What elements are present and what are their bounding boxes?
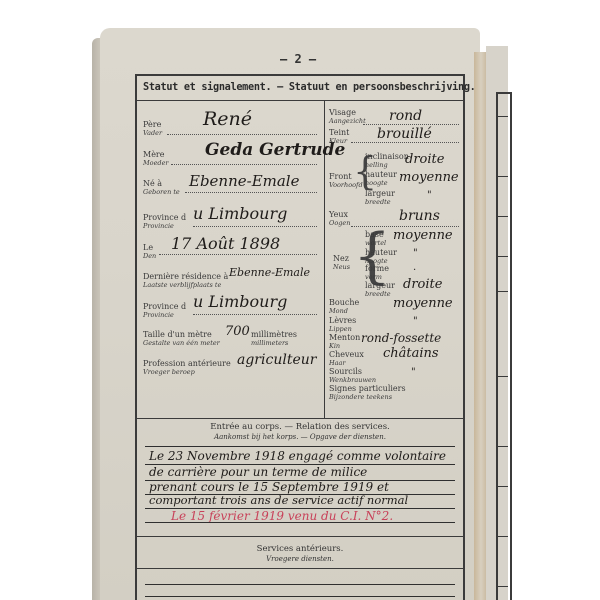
fill-line <box>351 142 459 143</box>
value-residence: Ebenne-Emale <box>229 266 310 279</box>
ruled-line <box>145 584 455 585</box>
value-ne-a: Ebenne-Emale <box>189 172 300 190</box>
value-sourcils: " <box>411 367 416 378</box>
value-pere: René <box>203 108 252 130</box>
value-nez-hauteur: " <box>413 248 418 259</box>
entry-line-3: prenant cours le 15 Septembre 1919 et <box>149 480 389 494</box>
value-levres: " <box>413 316 418 327</box>
field-front-inclinaison: inclinaison helling <box>365 152 409 169</box>
field-visage: Visage Aangezicht <box>329 108 366 125</box>
next-page-rule <box>498 486 508 487</box>
field-le: Le Den <box>143 243 156 260</box>
field-nez-hauteur: hauteur hoogte <box>365 248 397 265</box>
services-title-nl: Vroegere diensten. <box>137 555 463 563</box>
field-sourcils: Sourcils Wenkbrauwen <box>329 367 376 384</box>
section-header: Statut et signalement. — Statuut en pers… <box>137 76 463 101</box>
next-page-rule <box>498 116 508 117</box>
field-nez: Nez Neus <box>333 254 350 271</box>
value-teint: brouillé <box>377 126 432 142</box>
field-levres: Lèvres Lippen <box>329 316 356 333</box>
entry-line-2: de carrière pour un terme de milice <box>149 465 367 479</box>
ruled-line <box>145 596 455 597</box>
value-cheveux: châtains <box>383 346 439 361</box>
field-menton: Menton Kin <box>329 333 360 350</box>
ruled-line <box>145 522 455 523</box>
value-taille: 700 <box>225 324 250 339</box>
next-page-rule <box>498 446 508 447</box>
ruled-line <box>145 446 455 447</box>
field-residence: Dernière résidence à Laatste verblijfpla… <box>143 272 228 289</box>
field-pere: Père Vader <box>143 120 162 137</box>
entry-line-4: comportant trois ans de service actif no… <box>149 493 408 507</box>
services-title-fr: Services antérieurs. <box>137 544 463 554</box>
form-frame: Statut et signalement. — Statuut en pers… <box>135 74 465 600</box>
field-ne-a: Né à Geboren te <box>143 179 180 196</box>
value-mere: Geda Gertrude <box>205 140 345 160</box>
field-nez-forme: forme vorm <box>365 264 389 281</box>
field-front-largeur: largeur breedte <box>365 189 395 206</box>
field-nez-largeur: largeur breedte <box>365 281 395 298</box>
value-nez-largeur: droite <box>403 277 442 292</box>
fill-line <box>363 124 459 125</box>
value-yeux: bruns <box>399 208 440 224</box>
value-menton: rond-fossette <box>361 331 441 345</box>
value-province-2: u Limbourg <box>193 292 287 311</box>
value-visage: rond <box>389 108 422 124</box>
field-nez-base: base wortel <box>365 230 386 247</box>
next-page-rule <box>498 536 508 537</box>
field-profession: Profession antérieure Vroeger beroep <box>143 359 231 376</box>
fill-line <box>159 254 317 255</box>
value-front-largeur: " <box>427 190 432 201</box>
next-page-rule <box>498 176 508 177</box>
field-province-1: Province d Provincie <box>143 213 186 230</box>
next-page-rule <box>498 586 508 587</box>
field-bouche: Bouche Mond <box>329 298 359 315</box>
field-province-2: Province d Provincie <box>143 302 186 319</box>
taille-unit: millimètres millimeters <box>251 330 297 347</box>
value-bouche: moyenne <box>393 296 453 311</box>
section-divider <box>137 568 463 569</box>
value-front-hauteur: moyenne <box>399 170 459 185</box>
value-nez-base: moyenne <box>393 228 453 243</box>
fill-line <box>171 164 317 165</box>
field-mere: Mère Moeder <box>143 150 169 167</box>
field-cheveux: Cheveux Haar <box>329 350 364 367</box>
entree-title-nl: Aankomst bij het korps. — Opgave der die… <box>137 433 463 441</box>
section-divider <box>137 536 463 537</box>
field-teint: Teint Kleur <box>329 128 349 145</box>
fill-line <box>185 192 317 193</box>
next-page-rule <box>498 376 508 377</box>
entry-line-1: Le 23 Novembre 1918 engagé comme volonta… <box>149 449 446 463</box>
value-province-1: u Limbourg <box>193 204 287 223</box>
field-yeux: Yeux Oogen <box>329 210 350 227</box>
value-le: 17 Août 1898 <box>171 234 280 253</box>
fill-line <box>193 314 317 315</box>
next-page-frame <box>496 92 512 600</box>
entry-red-note: Le 15 février 1919 venu du C.I. N°2. <box>171 509 393 523</box>
value-front-inclinaison: droite <box>405 152 444 167</box>
value-nez-forme: . <box>413 262 416 273</box>
value-profession: agriculteur <box>237 352 316 368</box>
section-divider <box>137 418 463 419</box>
next-page-rule <box>498 216 508 217</box>
next-page-rule <box>498 256 508 257</box>
entree-title-fr: Entrée au corps. — Relation des services… <box>137 422 463 432</box>
next-page-rule <box>498 291 508 292</box>
fill-line <box>167 134 317 135</box>
next-page-edge <box>486 46 508 600</box>
fill-line <box>193 226 317 227</box>
field-signes: Signes particuliers Bijzondere teekens <box>329 384 406 401</box>
page-number: — 2 — <box>280 52 316 66</box>
field-taille: Taille d'un mètre Gestalte van één meter <box>143 330 220 347</box>
field-front-hauteur: hauteur hoogte <box>365 170 397 187</box>
